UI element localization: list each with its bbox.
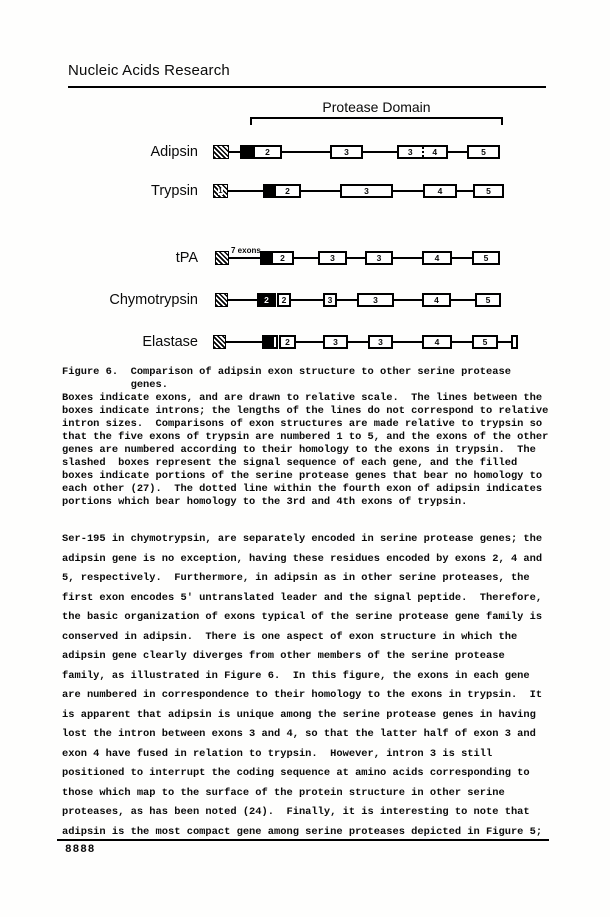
body-paragraph: Ser-195 in chymotrypsin, are separately … — [62, 530, 542, 842]
exon-box: 2 — [253, 145, 282, 159]
intron-line — [393, 257, 422, 259]
caption-line: boxes indicate introns; the lengths of t… — [62, 405, 548, 418]
caption-line: Boxes indicate exons, and are drawn to r… — [62, 392, 548, 405]
exon-box: 3 — [318, 251, 347, 265]
filled-box: 2 — [257, 293, 276, 307]
body-line: family, as illustrated in Figure 6. In t… — [62, 667, 542, 687]
gene-name-label: Adipsin — [150, 144, 198, 160]
body-line: adipsin gene clearly diverges from other… — [62, 647, 542, 667]
gene-row-trypsin: Trypsin12345 — [0, 183, 610, 199]
exon-box: 4 — [422, 335, 452, 349]
body-line: lost the intron between exons 3 and 4, s… — [62, 725, 542, 745]
intron-line — [296, 341, 323, 343]
gene-row-adipsin: Adipsin23345 — [0, 144, 610, 160]
exon-box: 3 — [323, 335, 348, 349]
exon-box: 5 — [467, 145, 500, 159]
intron-line — [457, 190, 473, 192]
footer-rule — [57, 839, 549, 841]
intron-line — [228, 299, 257, 301]
filled-box — [263, 184, 274, 198]
slashed-signal-box — [215, 293, 228, 307]
caption-line: each other (27). The dotted line within … — [62, 483, 548, 496]
exon-box: 5 — [472, 335, 498, 349]
body-line: Ser-195 in chymotrypsin, are separately … — [62, 530, 542, 550]
caption-line: boxes indicate portions of the serine pr… — [62, 470, 548, 483]
gene-row-tpa: tPA7 exons23345 — [0, 250, 610, 266]
exon-count-annotation: 7 exons — [231, 246, 259, 257]
exon-box — [511, 335, 518, 349]
exon-box: 5 — [473, 184, 504, 198]
figure-caption: Figure 6. Comparison of adipsin exon str… — [62, 366, 548, 509]
caption-line: genes. — [62, 379, 548, 392]
exon-box: 3 — [368, 335, 393, 349]
body-line: exon 4 have fused in relation to trypsin… — [62, 745, 542, 765]
gene-name-label: Elastase — [142, 334, 198, 350]
body-line: conserved in adipsin. There is one aspec… — [62, 628, 542, 648]
intron-line — [363, 151, 397, 153]
journal-page: Nucleic Acids Research Protease Domain A… — [0, 0, 610, 917]
slashed-signal-box — [213, 145, 229, 159]
exon-box — [272, 335, 278, 349]
intron-line — [291, 299, 323, 301]
body-line: the basic organization of exons typical … — [62, 608, 542, 628]
intron-line — [229, 151, 240, 153]
intron-line — [498, 341, 511, 343]
exon-box: 2 — [271, 251, 294, 265]
intron-line — [301, 190, 340, 192]
exon-box: 5 — [472, 251, 500, 265]
body-line: 5, respectively. Furthermore, in adipsin… — [62, 569, 542, 589]
caption-line: Figure 6. Comparison of adipsin exon str… — [62, 366, 548, 379]
intron-line — [448, 151, 467, 153]
exon-box: 3 — [340, 184, 393, 198]
intron-line — [452, 341, 472, 343]
intron-line — [226, 341, 262, 343]
caption-line: slashed boxes represent the signal seque… — [62, 457, 548, 470]
exon-box: 2 — [279, 335, 296, 349]
exon-box: 3 — [357, 293, 394, 307]
intron-line — [347, 257, 365, 259]
exon-box: 4 — [422, 251, 452, 265]
filled-box — [262, 335, 272, 349]
caption-line: portions which bear homology to the 3rd … — [62, 496, 548, 509]
slashed-signal-box: 1 — [213, 184, 228, 198]
intron-line — [337, 299, 357, 301]
slashed-signal-box — [215, 251, 229, 265]
body-line: is apparent that adipsin is unique among… — [62, 706, 542, 726]
fused-exon-box: 34 — [397, 145, 448, 159]
filled-box — [240, 145, 253, 159]
exon-box: 3 — [365, 251, 393, 265]
intron-line — [394, 299, 422, 301]
filled-box — [260, 251, 271, 265]
body-line: those which map to the surface of the pr… — [62, 784, 542, 804]
intron-line — [348, 341, 368, 343]
figure-6-diagram: Protease Domain Adipsin23345Trypsin12345… — [0, 0, 610, 370]
body-line: positioned to interrupt the coding seque… — [62, 764, 542, 784]
body-line: first exon encodes 5' untranslated leade… — [62, 589, 542, 609]
intron-line — [393, 341, 422, 343]
intron-line — [451, 299, 475, 301]
caption-line: intron sizes. Comparisons of exon struct… — [62, 418, 548, 431]
exon-box: 4 — [422, 293, 451, 307]
exon-box: 2 — [274, 184, 301, 198]
exon-box: 3 — [330, 145, 363, 159]
gene-row-chymotrypsin: Chymotrypsin223345 — [0, 292, 610, 308]
body-line: proteases, as has been noted (24). Final… — [62, 803, 542, 823]
intron-line — [452, 257, 472, 259]
exon-box: 4 — [423, 184, 457, 198]
slashed-signal-box — [213, 335, 226, 349]
gene-row-elastase: Elastase23345 — [0, 334, 610, 350]
intron-line — [393, 190, 423, 192]
exon-box: 5 — [475, 293, 501, 307]
exon-box: 3 — [323, 293, 337, 307]
gene-name-label: tPA — [176, 250, 198, 266]
caption-line: that the five exons of trypsin are numbe… — [62, 431, 548, 444]
intron-line — [228, 190, 263, 192]
body-line: are numbered in correspondence to their … — [62, 686, 542, 706]
intron-line — [294, 257, 318, 259]
page-number: 8888 — [65, 844, 95, 856]
protease-domain-bracket — [250, 117, 503, 125]
gene-name-label: Trypsin — [151, 183, 198, 199]
body-line: adipsin gene is no exception, having the… — [62, 550, 542, 570]
gene-name-label: Chymotrypsin — [109, 292, 198, 308]
exon-box: 2 — [277, 293, 291, 307]
caption-line: genes are numbered according to their ho… — [62, 444, 548, 457]
intron-line — [282, 151, 330, 153]
intron-line — [229, 257, 260, 259]
protease-domain-label: Protease Domain — [250, 99, 503, 115]
